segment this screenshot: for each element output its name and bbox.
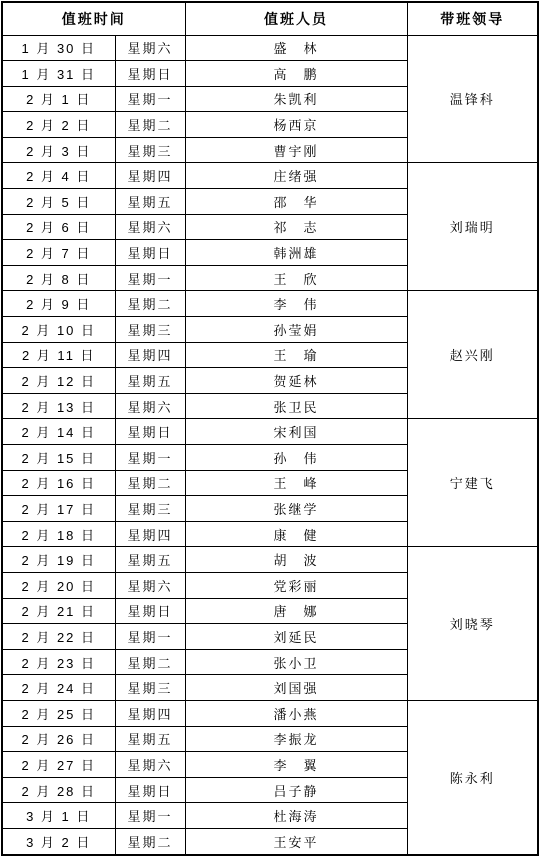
date-cell: 2 月 12 日 [2, 368, 115, 394]
date-cell: 2 月 27 日 [2, 752, 115, 778]
table-header: 值班时间 值班人员 带班领导 [2, 2, 538, 35]
person-cell: 孙 伟 [185, 445, 407, 471]
person-cell: 胡 波 [185, 547, 407, 573]
date-cell: 2 月 4 日 [2, 163, 115, 189]
date-cell: 2 月 23 日 [2, 649, 115, 675]
weekday-cell: 星期一 [115, 624, 185, 650]
duty-roster-body: 1 月 30 日星期六盛 林温锋科1 月 31 日星期日高 鹏2 月 1 日星期… [2, 35, 538, 855]
person-cell: 曹宇刚 [185, 137, 407, 163]
person-cell: 康 健 [185, 521, 407, 547]
weekday-cell: 星期三 [115, 496, 185, 522]
weekday-cell: 星期二 [115, 291, 185, 317]
leader-cell: 赵兴刚 [407, 291, 538, 419]
date-cell: 2 月 19 日 [2, 547, 115, 573]
weekday-cell: 星期日 [115, 61, 185, 87]
date-cell: 2 月 21 日 [2, 598, 115, 624]
table-row: 1 月 30 日星期六盛 林温锋科 [2, 35, 538, 61]
table-row: 2 月 9 日星期二李 伟赵兴刚 [2, 291, 538, 317]
date-cell: 2 月 11 日 [2, 342, 115, 368]
weekday-cell: 星期六 [115, 35, 185, 61]
header-duty-time: 值班时间 [2, 2, 185, 35]
weekday-cell: 星期四 [115, 521, 185, 547]
header-duty-person: 值班人员 [185, 2, 407, 35]
date-cell: 2 月 15 日 [2, 445, 115, 471]
person-cell: 潘小燕 [185, 700, 407, 726]
person-cell: 刘延民 [185, 624, 407, 650]
weekday-cell: 星期四 [115, 342, 185, 368]
table-row: 2 月 4 日星期四庄绪强刘瑞明 [2, 163, 538, 189]
person-cell: 高 鹏 [185, 61, 407, 87]
weekday-cell: 星期三 [115, 317, 185, 343]
weekday-cell: 星期日 [115, 419, 185, 445]
date-cell: 2 月 6 日 [2, 214, 115, 240]
person-cell: 张继学 [185, 496, 407, 522]
header-duty-leader: 带班领导 [407, 2, 538, 35]
date-cell: 2 月 2 日 [2, 112, 115, 138]
leader-cell: 温锋科 [407, 35, 538, 163]
weekday-cell: 星期五 [115, 368, 185, 394]
table-row: 2 月 14 日星期日宋利国宁建飞 [2, 419, 538, 445]
person-cell: 李 伟 [185, 291, 407, 317]
person-cell: 庄绪强 [185, 163, 407, 189]
weekday-cell: 星期三 [115, 137, 185, 163]
date-cell: 2 月 17 日 [2, 496, 115, 522]
weekday-cell: 星期六 [115, 572, 185, 598]
date-cell: 2 月 24 日 [2, 675, 115, 701]
person-cell: 王 欣 [185, 265, 407, 291]
person-cell: 孙莹娟 [185, 317, 407, 343]
person-cell: 李振龙 [185, 726, 407, 752]
person-cell: 张卫民 [185, 393, 407, 419]
date-cell: 2 月 20 日 [2, 572, 115, 598]
date-cell: 2 月 1 日 [2, 86, 115, 112]
date-cell: 2 月 22 日 [2, 624, 115, 650]
date-cell: 1 月 30 日 [2, 35, 115, 61]
weekday-cell: 星期六 [115, 393, 185, 419]
weekday-cell: 星期五 [115, 547, 185, 573]
person-cell: 张小卫 [185, 649, 407, 675]
weekday-cell: 星期日 [115, 240, 185, 266]
weekday-cell: 星期一 [115, 265, 185, 291]
date-cell: 2 月 25 日 [2, 700, 115, 726]
date-cell: 2 月 18 日 [2, 521, 115, 547]
header-row: 值班时间 值班人员 带班领导 [2, 2, 538, 35]
weekday-cell: 星期一 [115, 445, 185, 471]
person-cell: 贺延林 [185, 368, 407, 394]
date-cell: 2 月 28 日 [2, 777, 115, 803]
weekday-cell: 星期二 [115, 470, 185, 496]
person-cell: 李 翼 [185, 752, 407, 778]
person-cell: 王安平 [185, 828, 407, 855]
date-cell: 2 月 26 日 [2, 726, 115, 752]
leader-cell: 陈永利 [407, 700, 538, 855]
date-cell: 3 月 1 日 [2, 803, 115, 829]
date-cell: 2 月 14 日 [2, 419, 115, 445]
weekday-cell: 星期五 [115, 726, 185, 752]
person-cell: 祁 志 [185, 214, 407, 240]
person-cell: 刘国强 [185, 675, 407, 701]
date-cell: 1 月 31 日 [2, 61, 115, 87]
table-row: 2 月 25 日星期四潘小燕陈永利 [2, 700, 538, 726]
date-cell: 2 月 8 日 [2, 265, 115, 291]
date-cell: 2 月 5 日 [2, 189, 115, 215]
person-cell: 唐 娜 [185, 598, 407, 624]
person-cell: 朱凯利 [185, 86, 407, 112]
person-cell: 吕子静 [185, 777, 407, 803]
table-row: 2 月 19 日星期五胡 波刘晓琴 [2, 547, 538, 573]
duty-roster-table: 值班时间 值班人员 带班领导 1 月 30 日星期六盛 林温锋科1 月 31 日… [1, 1, 539, 856]
person-cell: 盛 林 [185, 35, 407, 61]
weekday-cell: 星期二 [115, 828, 185, 855]
date-cell: 2 月 9 日 [2, 291, 115, 317]
weekday-cell: 星期六 [115, 752, 185, 778]
weekday-cell: 星期四 [115, 163, 185, 189]
weekday-cell: 星期二 [115, 112, 185, 138]
date-cell: 2 月 16 日 [2, 470, 115, 496]
person-cell: 韩洲雄 [185, 240, 407, 266]
person-cell: 王 瑜 [185, 342, 407, 368]
weekday-cell: 星期日 [115, 777, 185, 803]
weekday-cell: 星期五 [115, 189, 185, 215]
leader-cell: 刘晓琴 [407, 547, 538, 701]
weekday-cell: 星期六 [115, 214, 185, 240]
person-cell: 邵 华 [185, 189, 407, 215]
leader-cell: 宁建飞 [407, 419, 538, 547]
person-cell: 宋利国 [185, 419, 407, 445]
weekday-cell: 星期二 [115, 649, 185, 675]
person-cell: 党彩丽 [185, 572, 407, 598]
person-cell: 王 峰 [185, 470, 407, 496]
leader-cell: 刘瑞明 [407, 163, 538, 291]
duty-roster-page: 值班时间 值班人员 带班领导 1 月 30 日星期六盛 林温锋科1 月 31 日… [0, 0, 540, 857]
date-cell: 2 月 3 日 [2, 137, 115, 163]
weekday-cell: 星期一 [115, 86, 185, 112]
person-cell: 杨西京 [185, 112, 407, 138]
weekday-cell: 星期三 [115, 675, 185, 701]
date-cell: 3 月 2 日 [2, 828, 115, 855]
weekday-cell: 星期日 [115, 598, 185, 624]
weekday-cell: 星期一 [115, 803, 185, 829]
weekday-cell: 星期四 [115, 700, 185, 726]
person-cell: 杜海涛 [185, 803, 407, 829]
date-cell: 2 月 13 日 [2, 393, 115, 419]
date-cell: 2 月 7 日 [2, 240, 115, 266]
date-cell: 2 月 10 日 [2, 317, 115, 343]
